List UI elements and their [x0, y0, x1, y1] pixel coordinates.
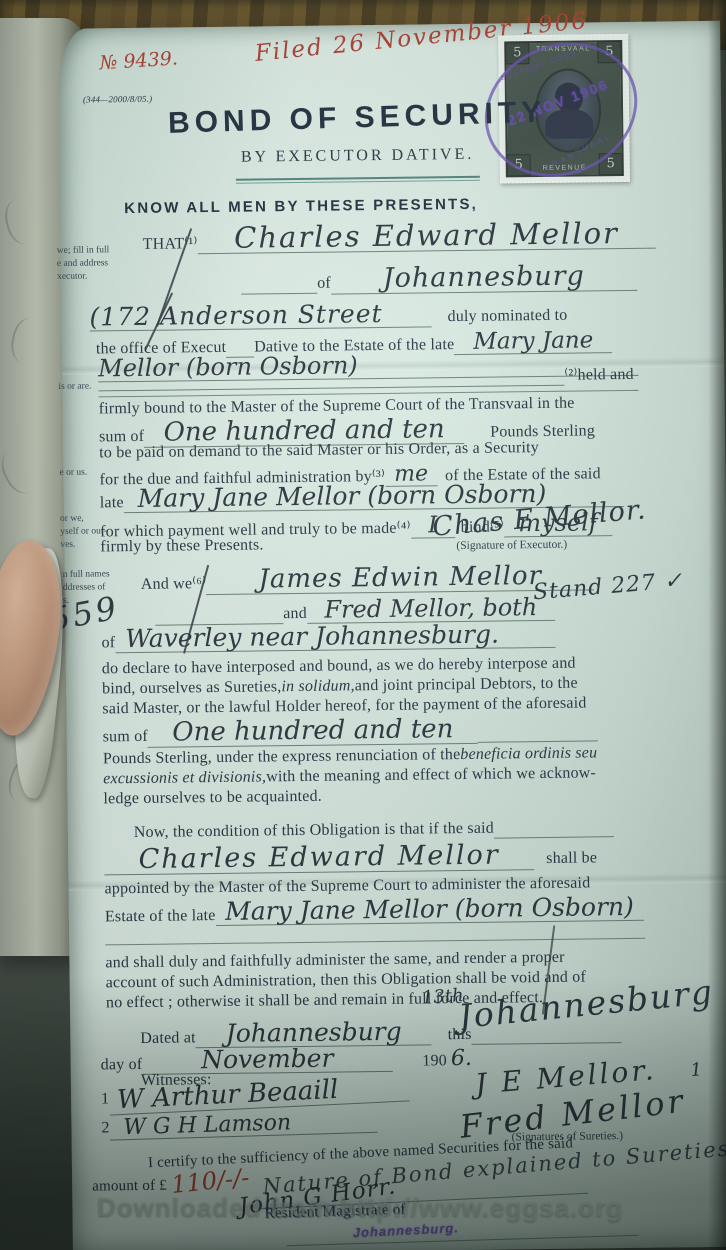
- margin-note-myself: or we,yself or our-ves.: [60, 512, 107, 552]
- bond-of-security-form: № 9439. Filed 26 November 1906 TRANSVAAL…: [58, 21, 726, 1250]
- document-subtitle: BY EXECUTOR DATIVE.: [241, 146, 475, 167]
- declare-line2a: bind, ourselves as Sureties,: [102, 678, 282, 698]
- faint-handwriting-decoration: [8, 315, 51, 367]
- of-label: of: [317, 275, 331, 293]
- condition-name-handwritten: Charles Edward Mellor: [104, 841, 534, 876]
- held-and-text: ⁽²⁾held and: [564, 364, 634, 385]
- faint-handwriting-decoration: [0, 443, 47, 500]
- surety1-mark: 1: [690, 1059, 703, 1081]
- proclamation-heading: KNOW ALL MEN BY THESE PRESENTS,: [124, 196, 478, 217]
- shall-be-text: shall be: [546, 849, 597, 868]
- estate-name-handwritten: Mary Jane Mellor (born Osborn): [215, 894, 643, 926]
- duly-nominated-text: duly nominated to: [447, 307, 567, 326]
- late-label: late: [100, 494, 124, 512]
- form-print-code: (344—2000/8/05.): [83, 94, 153, 105]
- condition-now-text: Now, the condition of this Obligation is…: [134, 820, 494, 842]
- blank-form-line: [105, 938, 645, 946]
- form-bottom-rule: [287, 1235, 639, 1246]
- johannesburg-stamp: Johannesburg.: [352, 1220, 459, 1240]
- margin-note-me-or-us: e or us.: [59, 467, 87, 480]
- faint-handwriting-decoration: [1, 195, 45, 248]
- sureties-address-handwritten: Waverley near Johannesburg.: [115, 621, 555, 654]
- eggsa-watermark: Downloaded from http://www.eggsa.org: [70, 1192, 650, 1223]
- in-solidum-latin: in solidum,: [281, 677, 355, 696]
- declare-line2b: and joint principal Debtors, to the: [355, 675, 578, 696]
- filing-number-annotation: № 9439.: [99, 47, 179, 74]
- bond-amount2-handwritten: One hundred and ten: [148, 716, 478, 748]
- day-of-label: day of: [101, 1056, 143, 1075]
- dated-at-label: Dated at: [140, 1029, 196, 1048]
- right-page-edge-shadow: [708, 0, 726, 1250]
- estate-of-late-label: Estate of the late: [105, 907, 216, 926]
- firmly-presents-text: firmly by these Presents.: [100, 536, 263, 556]
- renunciation-line2b: with the meaning and effect of which we …: [266, 764, 596, 786]
- excussionis-latin: excussionis et divisionis,: [103, 768, 266, 788]
- and-we-label: And we⁽⁶⁾: [141, 573, 207, 594]
- executor-city-handwritten: Johannesburg: [331, 262, 637, 295]
- sum-of-label2: sum of: [103, 728, 148, 747]
- year-printed: 190: [422, 1052, 447, 1070]
- executor-name-handwritten: Charles Edward Mellor: [197, 218, 655, 255]
- title-divider-rule: [236, 176, 480, 184]
- executor-signature-caption: (Signature of Executor.): [456, 539, 567, 552]
- year-digit-handwritten: 6.: [451, 1046, 472, 1071]
- renunciation-line3: ledge ourselves to be acquainted.: [103, 788, 322, 809]
- margin-note-executor: we; fill in fulle and addressxecutor.: [57, 244, 110, 284]
- scanned-document-photo: № 9439. Filed 26 November 1906 TRANSVAAL…: [0, 0, 726, 1250]
- margin-note-is-or-are: is or are.: [58, 381, 91, 394]
- beneficia-latin: beneficia ordinis seu: [460, 744, 597, 764]
- and-label: and: [283, 605, 307, 623]
- of-label-sureties: of: [101, 634, 115, 652]
- witness2-signature: W G H Lamson: [109, 1109, 378, 1141]
- renunciation-line1a: Pounds Sterling, under the express renun…: [103, 746, 461, 768]
- executor-street-handwritten: (172 Anderson Street: [89, 300, 431, 331]
